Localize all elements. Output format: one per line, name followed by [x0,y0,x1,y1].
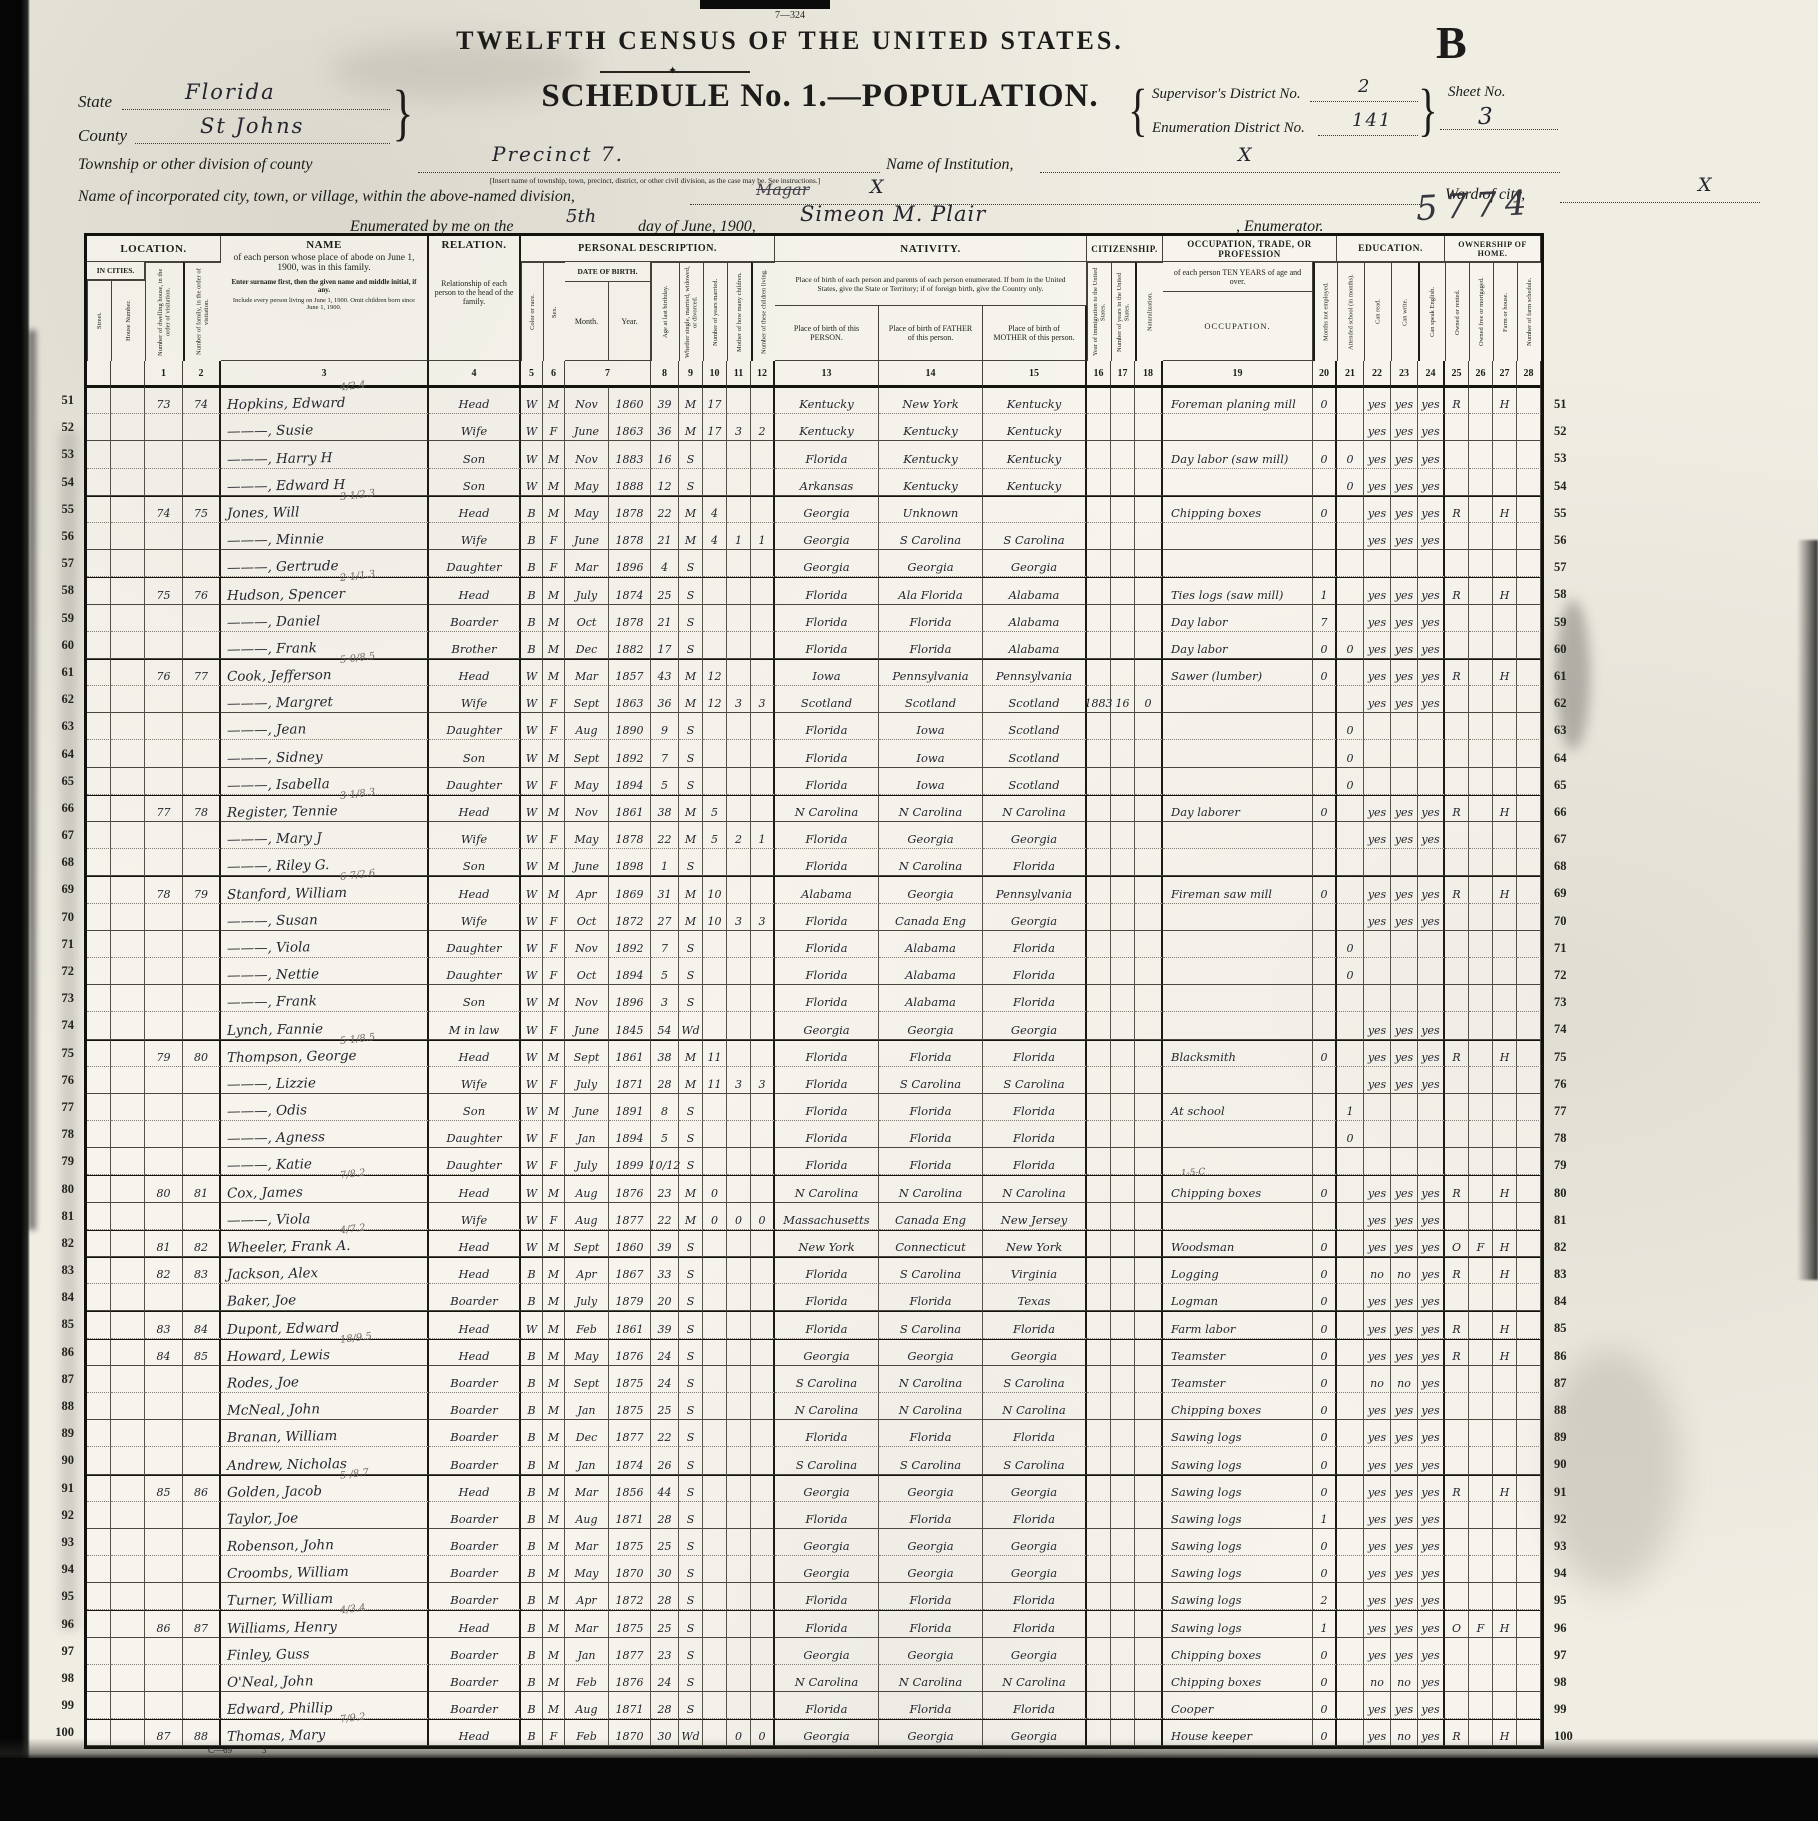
cell-pof: N Carolina [879,1393,983,1420]
value-age: 28 [658,1078,672,1091]
value-pob: Georgia [803,533,849,547]
column-number: 14 [879,361,983,387]
cell-house [111,931,145,958]
value-ms: S [687,1295,695,1308]
value-en: yes [1421,806,1439,819]
cell-mne: 0 [1313,1257,1337,1284]
cell-pob: Florida [775,441,879,468]
header-street: Street. [87,280,111,361]
cell-imm [1087,496,1111,523]
value-c: W [526,1214,537,1227]
cell-own: R [1445,795,1469,822]
cell-fam [183,713,221,740]
cell-name: Wheeler, Frank A.4/7.2 [221,1230,429,1257]
cell-rel: Boarder [429,1692,521,1719]
value-bm: Aug [575,1703,597,1716]
cell-pom: Georgia [983,550,1087,577]
value-rd: yes [1368,1594,1386,1607]
value-name: Lynch, Fannie [227,1021,323,1039]
cell-farm: H [1493,659,1517,686]
cell-dw [145,1529,183,1556]
cell-moc [727,1311,751,1338]
cell-by: 1883 [609,441,651,468]
value-name: ———, Mary J [227,830,322,848]
value-age: 28 [658,1513,672,1526]
value-wr: yes [1395,398,1413,411]
cell-s: F [543,1121,565,1148]
value-own: R [1452,1350,1460,1363]
value-pof: N Carolina [899,1186,962,1200]
cell-en: yes [1418,904,1445,931]
cell-pob: Georgia [775,1638,879,1665]
value-farm: H [1500,589,1510,602]
value-rel: Head [458,1322,489,1336]
cell-pof: Alabama [879,985,983,1012]
column-number: 19 [1163,361,1313,387]
cell-ncl [751,1121,775,1148]
value-sch: 0 [1347,480,1354,493]
cell-own [1445,632,1469,659]
value-rd: yes [1368,534,1386,547]
cell-wr: yes [1391,876,1418,903]
cell-wr: yes [1391,1420,1418,1447]
cell-moc [727,469,751,496]
cell-age: 44 [651,1475,679,1502]
cell-wr: yes [1391,577,1418,604]
cell-rel: Daughter [429,958,521,985]
cell-ms: M [679,686,703,713]
cell-s: M [543,1529,565,1556]
cell-rel: Head [429,1475,521,1502]
cell-by: 1870 [609,1719,651,1746]
row-number-right: 81 [1550,1207,1590,1234]
value-mne: 7 [1321,616,1328,629]
cell-ym [703,1094,727,1121]
cell-ncl [751,1284,775,1311]
value-c: W [526,1051,537,1064]
cell-sch [1337,1175,1364,1202]
value-mort: F [1477,1241,1485,1254]
cell-by: 1875 [609,1393,651,1420]
value-rd: yes [1368,1350,1386,1363]
cell-mne [1313,550,1337,577]
value-rel: Son [463,859,485,873]
value-wr: yes [1395,833,1413,846]
header-name-title: NAME [306,239,342,251]
cell-en: yes [1418,1339,1445,1366]
cell-yus [1111,632,1135,659]
cell-age: 24 [651,1366,679,1393]
value-s: F [550,779,558,792]
column-number: 28 [1517,361,1541,387]
census-scan-page: 7—324 TWELFTH CENSUS OF THE UNITED STATE… [0,0,1818,1821]
cell-rel: Son [429,985,521,1012]
cell-yus [1111,931,1135,958]
cell-dw [145,441,183,468]
cell-wr: yes [1391,1529,1418,1556]
row-number-left: 60 [40,632,80,659]
cell-ms: S [679,1339,703,1366]
table-row: 8182Wheeler, Frank A.4/7.2HeadWMSept1860… [87,1230,1541,1257]
cell-pob: Arkansas [775,469,879,496]
value-rel: Boarder [450,1675,497,1689]
value-fam: 82 [194,1241,208,1254]
cell-by: 1874 [609,1447,651,1474]
cell-c: W [521,387,543,414]
cell-street [87,469,111,496]
cell-age: 7 [651,740,679,767]
value-rel: Boarder [450,615,497,629]
value-c: W [526,752,537,765]
cell-imm [1087,1257,1111,1284]
value-rd: yes [1368,1187,1386,1200]
cell-nat [1135,1339,1163,1366]
cell-mort [1469,1257,1493,1284]
value-name: ———, Minnie [227,531,324,549]
cell-bm: Dec [565,1420,609,1447]
cell-mne [1313,985,1337,1012]
cell-farm [1493,1203,1517,1230]
cell-wr [1391,1094,1418,1121]
cell-farm: H [1493,496,1517,523]
cell-bm: May [565,1339,609,1366]
cell-fam: 85 [183,1339,221,1366]
cell-farm [1493,605,1517,632]
value-s: M [548,1323,559,1336]
cell-bm: Nov [565,795,609,822]
cell-wr: yes [1391,1203,1418,1230]
cell-pob: Georgia [775,550,879,577]
value-ms: M [685,398,696,411]
cell-age: 25 [651,577,679,604]
cell-rd: yes [1364,1203,1391,1230]
value-age: 31 [658,888,672,901]
cell-own: R [1445,577,1469,604]
cell-fam: 88 [183,1719,221,1746]
cell-ncl [751,713,775,740]
cell-wr [1391,740,1418,767]
cell-pof: S Carolina [879,1447,983,1474]
column-number: 18 [1135,361,1163,387]
cell-mne: 0 [1313,1393,1337,1420]
cell-by: 1876 [609,1665,651,1692]
cell-dw [145,1502,183,1529]
cell-fam [183,1012,221,1039]
cell-name: ———, Margret [221,686,429,713]
cell-ym: 10 [703,904,727,931]
value-mne: 0 [1321,1540,1328,1553]
cell-en: yes [1418,1583,1445,1610]
value-rel: Head [458,588,489,602]
cell-en: yes [1418,1420,1445,1447]
cell-house [111,414,145,441]
cell-en: yes [1418,1610,1445,1637]
cell-ncl [751,876,775,903]
value-occ: Day labor [1171,642,1228,656]
cell-street [87,1393,111,1420]
value-age: 12 [658,480,672,493]
cell-by: 1874 [609,577,651,604]
table-row: ———, MinnieWifeBFJune187821M411GeorgiaS … [87,523,1541,550]
cell-rel: Head [429,496,521,523]
cell-own [1445,605,1469,632]
cell-pof: Georgia [879,1719,983,1746]
value-ncl: 2 [759,425,766,438]
cell-s: M [543,1175,565,1202]
cell-sched [1517,1638,1541,1665]
value-bm: Nov [575,996,597,1009]
cell-sch [1337,1257,1364,1284]
value-by: 1883 [616,453,644,466]
value-rel: Wife [461,1077,487,1091]
cell-name: Dupont, Edward [221,1311,429,1338]
cell-farm [1493,822,1517,849]
value-bm: Aug [575,724,597,737]
cell-mne: 0 [1313,1638,1337,1665]
value-en: yes [1421,1540,1439,1553]
cell-mne: 0 [1313,795,1337,822]
cell-own [1445,1067,1469,1094]
header-location: LOCATION. [87,236,221,262]
cell-c: B [521,496,543,523]
cell-yus [1111,1067,1135,1094]
value-c: B [527,1649,535,1662]
cell-ncl: 2 [751,414,775,441]
cell-rel: Head [429,659,521,686]
cell-pof: Pennsylvania [879,659,983,686]
column-number [111,361,145,387]
cell-pof: Florida [879,605,983,632]
cell-s: M [543,1393,565,1420]
cell-rd: no [1364,1257,1391,1284]
value-ms: S [687,1268,695,1281]
cell-dw: 84 [145,1339,183,1366]
value-bm: Feb [576,1323,597,1336]
cell-pof: Florida [879,1502,983,1529]
cell-ym [703,469,727,496]
cell-own [1445,1447,1469,1474]
cell-moc [727,740,751,767]
value-en: yes [1421,1078,1439,1091]
cell-c: W [521,414,543,441]
value-name: Hudson, Spencer [227,585,345,603]
value-pom: Georgia [1011,1729,1057,1743]
cell-fam [183,1121,221,1148]
cell-yus [1111,1556,1135,1583]
value-pom: Florida [1013,1050,1055,1064]
value-own: R [1452,589,1460,602]
cell-rd: yes [1364,1339,1391,1366]
cell-street [87,1447,111,1474]
row-number-right: 52 [1550,418,1590,445]
cell-age: 3 [651,985,679,1012]
row-number-left: 88 [40,1393,80,1420]
header-occupation-desc: of each person TEN YEARS of age and over… [1163,262,1313,292]
value-s: M [548,996,559,1009]
cell-s: F [543,414,565,441]
value-pom: Florida [1013,1593,1055,1607]
cell-wr: no [1391,1665,1418,1692]
cell-ms: S [679,1311,703,1338]
cell-bm: Oct [565,904,609,931]
value-name: ———, Margret [227,694,333,712]
cell-pof: Florida [879,1610,983,1637]
cell-own [1445,550,1469,577]
row-number-right: 68 [1550,853,1590,880]
cell-pob: S Carolina [775,1366,879,1393]
value-nat: 0 [1145,697,1152,710]
cell-ncl: 0 [751,1203,775,1230]
value-s: M [548,589,559,602]
cell-ym [703,1284,727,1311]
cell-mne: 0 [1313,1529,1337,1556]
cell-yus [1111,387,1135,414]
cell-ncl [751,768,775,795]
value-mne: 0 [1321,507,1328,520]
cell-rd: yes [1364,1284,1391,1311]
value-ym: 12 [708,697,722,710]
value-wr: yes [1395,1567,1413,1580]
value-c: B [527,1295,535,1308]
cell-pof: S Carolina [879,1311,983,1338]
cell-mort [1469,1148,1493,1175]
value-name: Turner, William [227,1592,333,1610]
value-pob: Kentucky [799,397,853,411]
cell-own: R [1445,496,1469,523]
value-age: 7 [661,752,668,765]
cell-age: 4 [651,550,679,577]
cell-fam [183,1148,221,1175]
header-speak-english: Can speak English. [1418,262,1445,361]
cell-house [111,1121,145,1148]
cell-mort [1469,605,1493,632]
cell-dw [145,1665,183,1692]
cell-age: 43 [651,659,679,686]
table-row: Edward, PhillipBoarderBMAug187128SFlorid… [87,1692,1541,1719]
cell-sched [1517,1665,1541,1692]
value-own: R [1452,1051,1460,1064]
cell-occ: Sawing logs [1163,1610,1313,1637]
cell-ym [703,1366,727,1393]
value-c: B [527,589,535,602]
value-pof: Pennsylvania [892,669,968,683]
header-color: Color or race. [521,262,543,361]
value-pob: New York [798,1240,854,1254]
header-nativity-desc: Place of birth of each person and parent… [775,262,1087,306]
pencil-annotation: 1-5-C [1181,1168,1206,1180]
cell-nat [1135,1420,1163,1447]
cell-house [111,1284,145,1311]
cell-pof: Scotland [879,686,983,713]
cell-pof: Georgia [879,1638,983,1665]
header-farm-or-house: Farm or house. [1493,262,1517,361]
value-occ: Ties logs (saw mill) [1171,588,1283,602]
table-row: 8384Dupont, EdwardHeadWMFeb186139SFlorid… [87,1311,1541,1338]
cell-yus [1111,1094,1135,1121]
cell-nat [1135,1719,1163,1746]
corner-letter: B [1436,16,1467,69]
cell-nat [1135,632,1163,659]
cell-own [1445,1583,1469,1610]
cell-bm: Mar [565,1529,609,1556]
cell-mne [1313,1012,1337,1039]
value-pob: Georgia [803,506,849,520]
value-age: 38 [658,806,672,819]
value-pob: Florida [806,1593,848,1607]
value-rd: yes [1368,1649,1386,1662]
cell-sch: 0 [1337,931,1364,958]
cell-rd: yes [1364,1420,1391,1447]
cell-sch: 0 [1337,740,1364,767]
value-age: 44 [658,1486,672,1499]
cell-pom: Georgia [983,1638,1087,1665]
cell-sch: 0 [1337,469,1364,496]
cell-c: B [521,1420,543,1447]
value-c: W [526,996,537,1009]
value-s: M [548,480,559,493]
row-number-right: 90 [1550,1451,1590,1478]
cell-yus [1111,1284,1135,1311]
value-fam: 76 [194,589,208,602]
cell-pob: Scotland [775,686,879,713]
cell-rel: Wife [429,1203,521,1230]
cell-ms: S [679,1284,703,1311]
cell-nat [1135,795,1163,822]
cell-street [87,1366,111,1393]
cell-c: W [521,1230,543,1257]
value-bm: Mar [575,1540,598,1553]
cell-occ [1163,686,1313,713]
cell-mort [1469,1175,1493,1202]
header-naturalization: Naturalization. [1135,262,1163,361]
value-s: M [548,1404,559,1417]
cell-ncl [751,740,775,767]
value-rd: yes [1368,1051,1386,1064]
cell-occ [1163,849,1313,876]
cell-sch [1337,1366,1364,1393]
cell-sched [1517,1148,1541,1175]
column-number: 16 [1087,361,1111,387]
cell-bm: June [565,849,609,876]
header-sex: Sex. [543,262,565,361]
cell-c: B [521,1529,543,1556]
row-numbers-left: 5152535455565758596061626364656667686970… [40,387,80,1746]
value-wr: yes [1395,1024,1413,1037]
cell-imm [1087,523,1111,550]
cell-by: 1876 [609,1339,651,1366]
cell-fam [183,1556,221,1583]
cell-name: Edward, Phillip [221,1692,429,1719]
cell-c: B [521,1339,543,1366]
cell-ms: S [679,1230,703,1257]
cell-bm: July [565,577,609,604]
cell-sched [1517,849,1541,876]
cell-farm [1493,1502,1517,1529]
table-row: ———, GertrudeDaughterBFMar18964SGeorgiaG… [87,550,1541,577]
cell-sched [1517,414,1541,441]
value-c: W [526,1132,537,1145]
value-dw: 85 [157,1486,171,1499]
value-name: ———, Sidney [227,749,323,767]
cell-yus [1111,1339,1135,1366]
cell-wr: yes [1391,1502,1418,1529]
cell-name: ———, Edward H [221,469,429,496]
cell-own: R [1445,1175,1469,1202]
cell-rd [1364,1094,1391,1121]
value-rd: yes [1368,806,1386,819]
cell-by: 1877 [609,1420,651,1447]
value-sch: 0 [1347,643,1354,656]
